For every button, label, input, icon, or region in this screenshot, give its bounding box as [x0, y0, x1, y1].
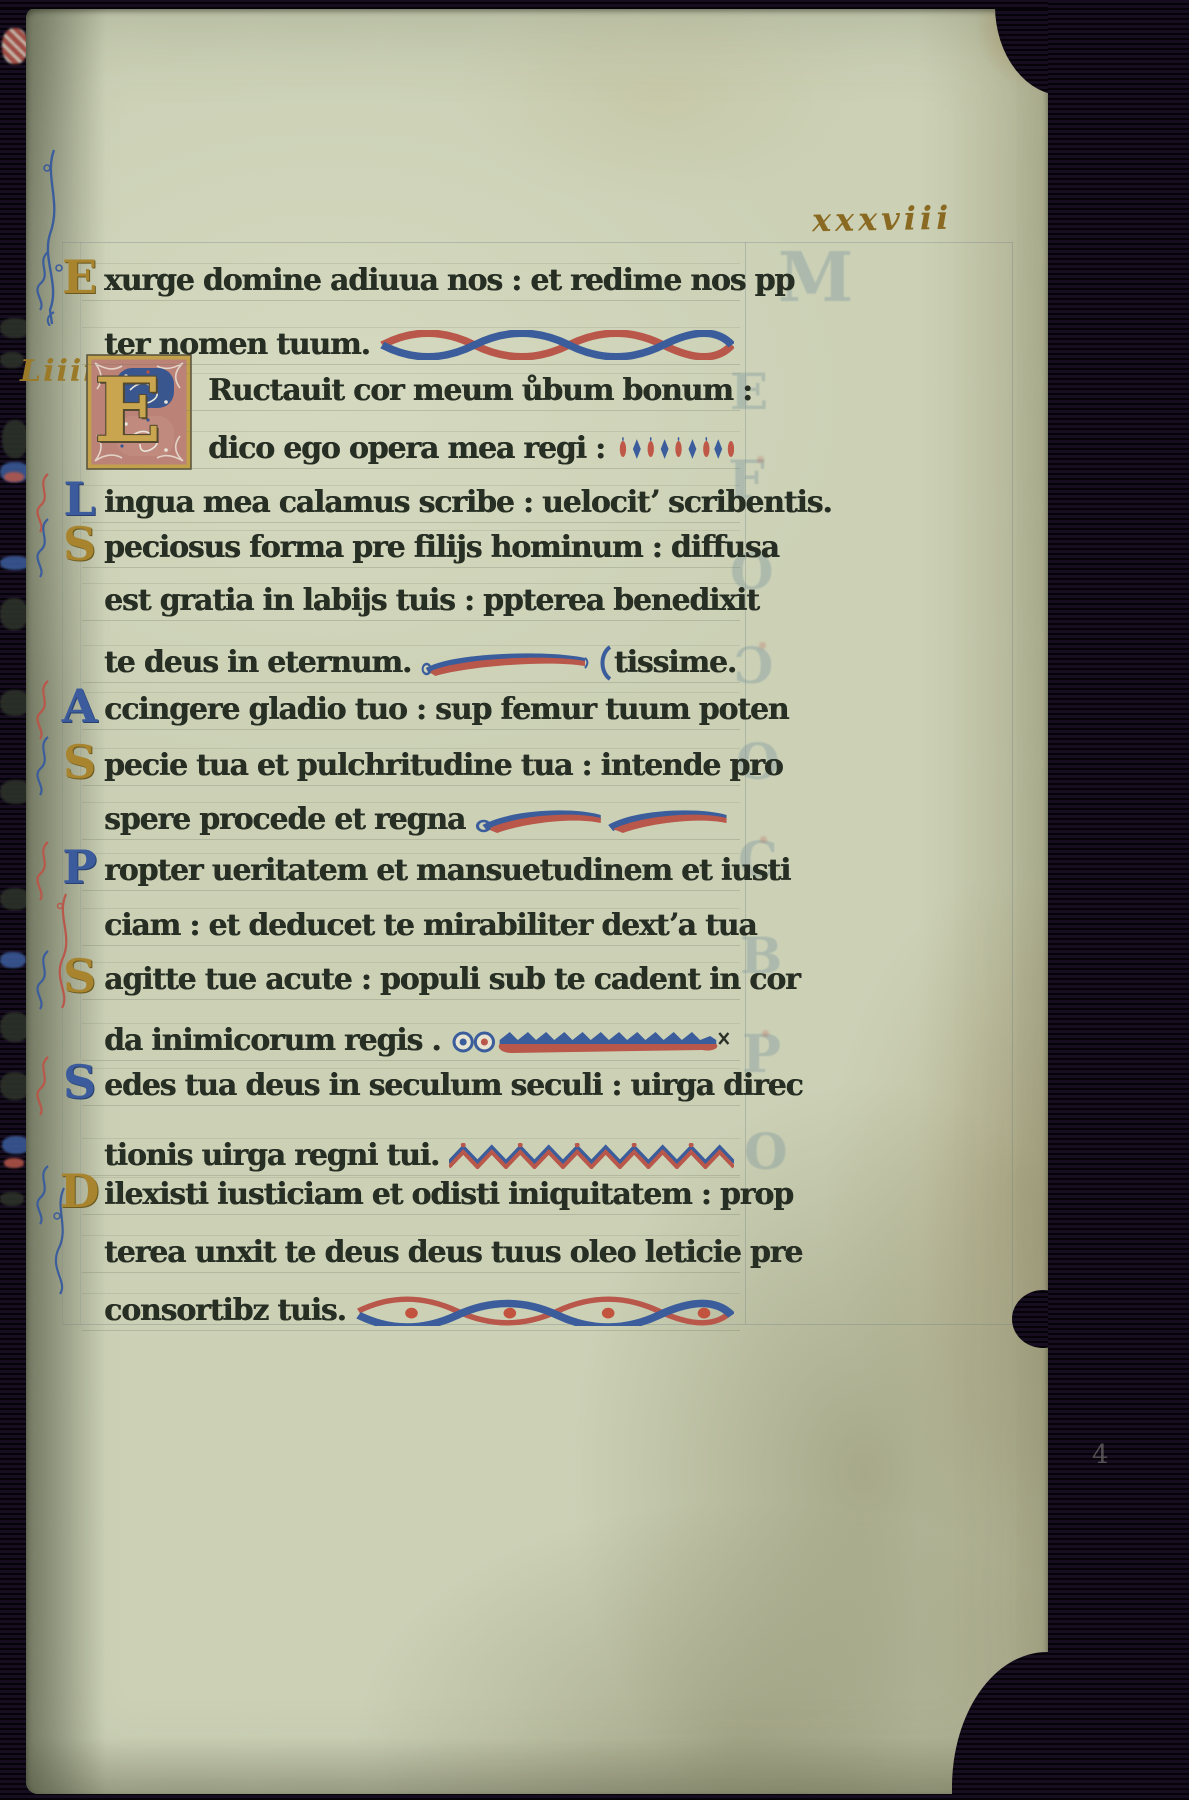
verse-text: dico ego opera mea regi : [208, 426, 605, 472]
verse-line: S agitte tue acute : populi sub te caden… [104, 957, 736, 1003]
verse-line: P ropter ueritatem et mansuetudinem et i… [104, 848, 736, 894]
line-filler [380, 330, 734, 360]
pen-flourish [32, 1164, 54, 1226]
margin-fragment [0, 598, 28, 630]
pen-flourish [32, 735, 54, 797]
illuminated-initial-letter: E [94, 354, 161, 466]
verse-text: te deus in eternum. [104, 640, 411, 686]
verse-text: Ructauit cor meum ůbum bonum : [208, 368, 752, 414]
pen-flourish [32, 949, 54, 1011]
line-filler [421, 650, 590, 676]
verse-text: spere procede et regna [104, 797, 465, 843]
verse-text: edes tua deus in seculum seculi : uirga … [104, 1063, 803, 1109]
fabric-backdrop [1048, 0, 1189, 1800]
illuminated-initial-panel: E [86, 354, 192, 470]
verse-line: S pecie tua et pulchritudine tua : inten… [104, 743, 736, 789]
margin-fragment [2, 28, 28, 64]
scribal-bracket [598, 645, 612, 681]
verse-text: ingua mea calamus scribe : uelocitʼ scri… [104, 480, 832, 526]
verse-line: E xurge domine adiuua nos : et redime no… [104, 258, 736, 304]
verse-initial: S [56, 518, 102, 570]
margin-fragment [0, 952, 26, 968]
verse-initial: E [56, 251, 102, 303]
folio-number: xxxviii [812, 199, 953, 239]
line-filler [615, 437, 734, 461]
showthrough-speck [762, 1030, 769, 1037]
carried-over-word: tissime. [598, 640, 736, 686]
line-filler [449, 1143, 734, 1169]
pen-flourish [32, 679, 54, 741]
verse-text: consortibz tuis. [104, 1288, 346, 1334]
verse-line: spere procede et regna [104, 797, 736, 843]
showthrough-speck [757, 456, 764, 463]
verse-initial: D [56, 1165, 102, 1217]
verse-text: ilexisti iusticiam et odisti iniquitatem… [104, 1172, 793, 1218]
line-filler [451, 1027, 734, 1055]
ruling-line [62, 242, 1012, 243]
pen-flourish [32, 1055, 54, 1117]
verse-line: ciam : et deducet te mirabiliter dextʼa … [104, 903, 736, 949]
verse-line: ter nomen tuum. [104, 322, 736, 368]
verse-initial: A [56, 680, 102, 732]
verse-line: D ilexisti iusticiam et odisti iniquitat… [104, 1172, 736, 1218]
verse-initial: S [56, 950, 102, 1002]
verse-line: L ingua mea calamus scribe : uelocitʼ sc… [104, 480, 736, 526]
pen-flourish [32, 840, 54, 902]
verse-text: peciosus forma pre filijs hominum : diff… [104, 525, 779, 571]
verse-initial: P [56, 841, 102, 893]
showthrough-speck [760, 836, 767, 843]
verse-text: agitte tue acute : populi sub te cadent … [104, 957, 800, 1003]
verse-initial: S [56, 736, 102, 788]
verse-text: xurge domine adiuua nos : et redime nos … [104, 258, 794, 304]
verse-line: dico ego opera mea regi : [208, 426, 736, 472]
verse-line: A ccingere gladio tuo : sup femur tuum p… [104, 687, 736, 733]
backdrop-edge [0, 0, 1189, 9]
verse-text: ccingere gladio tuo : sup femur tuum pot… [104, 687, 788, 733]
verse-line: S edes tua deus in seculum seculi : uirg… [104, 1063, 736, 1109]
verse-line: est gratia in labijs tuis : ppterea bene… [104, 578, 736, 624]
corner-mark: 4 [1092, 1440, 1109, 1470]
verse-line: terea unxit te deus deus tuus oleo letic… [104, 1230, 736, 1276]
verse-line: da inimicorum regis . [104, 1018, 736, 1064]
verse-text: ropter ueritatem et mansuetudinem et ius… [104, 848, 790, 894]
verse-text: ciam : et deducet te mirabiliter dextʼa … [104, 903, 756, 949]
line-filler [475, 807, 734, 833]
verse-text: pecie tua et pulchritudine tua : intende… [104, 743, 783, 789]
ruling-line [1012, 242, 1013, 1324]
line-filler [356, 1296, 734, 1326]
verse-text: terea unxit te deus deus tuus oleo letic… [104, 1230, 802, 1276]
verse-initial: S [56, 1056, 102, 1108]
verse-text: est gratia in labijs tuis : ppterea bene… [104, 578, 759, 624]
verse-line: S peciosus forma pre filijs hominum : di… [104, 525, 736, 571]
margin-fragment [4, 472, 24, 482]
margin-fragment [4, 1158, 24, 1168]
verse-text: da inimicorum regis . [104, 1018, 441, 1064]
pen-flourish [32, 250, 54, 312]
verse-text: ter nomen tuum. [104, 322, 370, 368]
verse-line: te deus in eternum. tissime. [104, 640, 736, 686]
verse-line: Ructauit cor meum ůbum bonum : [208, 368, 736, 414]
showthrough-speck [759, 642, 766, 649]
margin-fragment [0, 1192, 24, 1206]
verse-line: consortibz tuis. [104, 1288, 736, 1334]
backdrop-edge [0, 1794, 1189, 1800]
margin-fragment [2, 420, 28, 458]
manuscript-photo: xxxviii Liiii M E F O Ɔ O C B P O [0, 0, 1189, 1800]
pen-flourish [32, 517, 54, 579]
